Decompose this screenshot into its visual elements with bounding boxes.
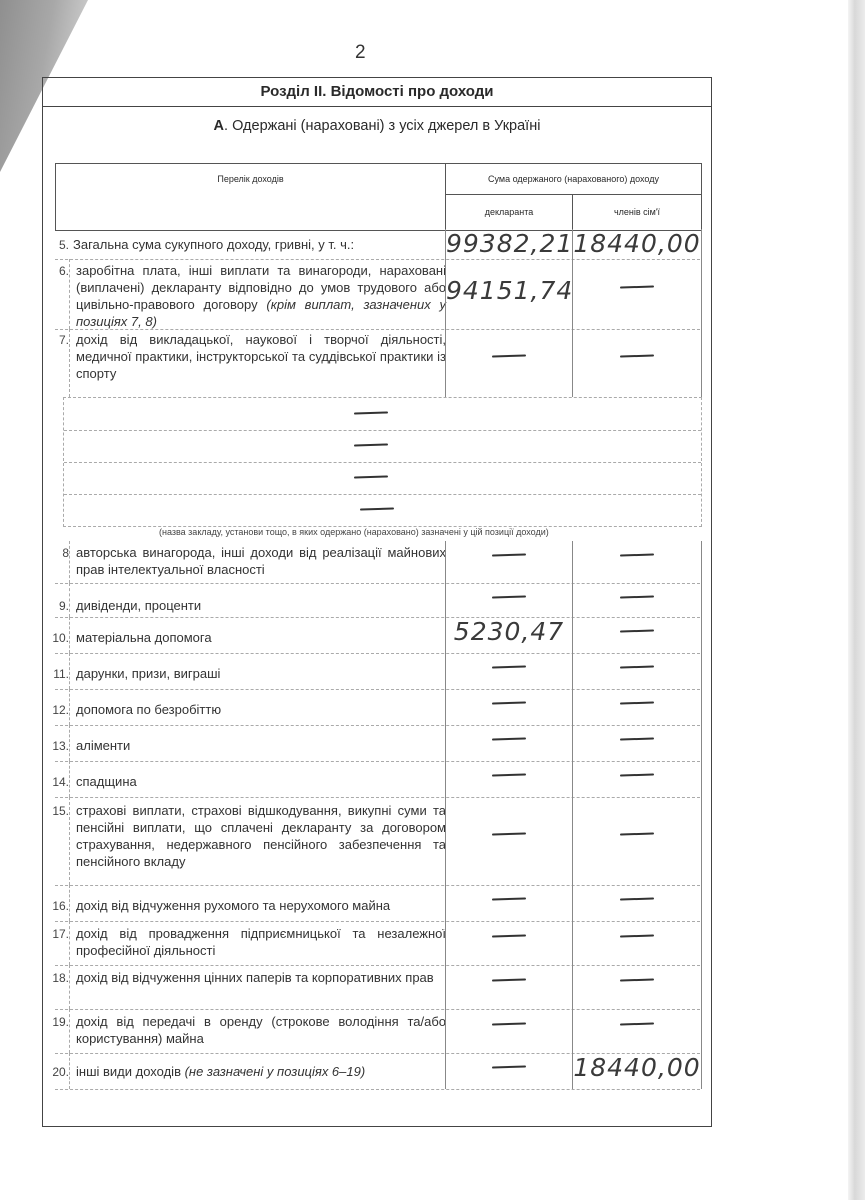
family-income-cell [572,541,702,583]
row-label-text: інші види доходів [76,1064,185,1079]
institution-line [64,494,701,495]
family-income-cell: 18440,00 [572,1053,702,1089]
header-income-sum: Сума одержаного (нарахованого) доходу [446,164,701,195]
income-row: 17.дохід від провадження підприємницької… [55,921,700,966]
institution-entry-dash [354,475,388,478]
handwritten-dash [620,737,654,740]
income-row: 20.інші види доходів (не зазначені у поз… [55,1053,700,1090]
handwritten-amount: 18440,00 [573,1053,701,1082]
row-number: 12. [49,703,69,717]
handwritten-dash [492,737,526,740]
handwritten-dash [492,1022,526,1025]
family-income-cell [572,689,702,725]
institutions-box [63,397,702,527]
declarant-income-cell [445,541,572,583]
row-label: дарунки, призи, виграші [69,653,446,689]
institution-entry-dash [354,411,388,414]
handwritten-dash [620,978,654,981]
declarant-income-cell [445,725,572,761]
page-number: 2 [355,42,366,64]
row-label-text: Загальна сума сукупного доходу, гривні, … [73,237,354,252]
declarant-income-cell: 99382,21 [445,229,572,259]
income-row: 16.дохід від відчуження рухомого та неру… [55,885,700,922]
row-label: матеріальна допомога [69,617,446,653]
row-number: 19. [49,1015,69,1029]
row-label-text: дохід від відчуження цінних паперів та к… [76,970,434,985]
handwritten-dash [492,354,526,357]
declarant-income-cell [445,885,572,921]
row-number: 17. [49,927,69,941]
section-title: Розділ ІІ. Відомості про доходи [43,78,711,107]
row-label: дивіденди, проценти [69,583,446,617]
row-label: інші види доходів (не зазначені у позиці… [69,1053,446,1089]
row-label-text: дохід від відчуження рухомого та нерухом… [76,898,390,913]
row-label: дохід від провадження підприємницької та… [69,921,446,965]
header-income-list: Перелік доходів [56,164,446,230]
row-label-text: страхові виплати, страхові відшкодування… [76,803,446,869]
institution-entry-dash [360,507,394,510]
handwritten-dash [492,978,526,981]
handwritten-dash [620,285,654,288]
subsection-letter: А [214,118,224,134]
row-number: 6. [49,264,69,278]
row-label: заробітна плата, інші виплати та винагор… [69,259,446,329]
declarant-income-cell [445,921,572,965]
handwritten-dash [492,897,526,900]
row-number: 15. [49,804,69,818]
handwritten-dash [492,701,526,704]
handwritten-dash [492,934,526,937]
row-number: 10. [49,631,69,645]
row-number: 14. [49,775,69,789]
institution-entry-dash [354,443,388,446]
row-label-text: дивіденди, проценти [76,598,201,613]
income-section-box: Розділ ІІ. Відомості про доходи А. Одерж… [42,77,712,1127]
income-row: 19.дохід від передачі в оренду (строкове… [55,1009,700,1054]
declarant-income-cell [445,1053,572,1089]
row-label-text: дарунки, призи, виграші [76,666,220,681]
table-header: Перелік доходів Сума одержаного (нарахов… [55,163,702,231]
income-row: 12.допомога по безробіттю [55,689,700,726]
handwritten-amount: 99382,21 [446,229,572,258]
handwritten-dash [492,595,526,598]
declarant-income-cell [445,583,572,617]
handwritten-dash [492,553,526,556]
family-income-cell [572,583,702,617]
income-row: 9.дивіденди, проценти [55,583,700,618]
family-income-cell: 18440,00 [572,229,702,259]
row-label: дохід від передачі в оренду (строкове во… [69,1009,446,1053]
handwritten-dash [492,1065,526,1068]
income-row: 5.Загальна сума сукупного доходу, гривні… [55,229,700,260]
row-label: Загальна сума сукупного доходу, гривні, … [73,236,443,253]
family-income-cell [572,725,702,761]
row-number: 20. [49,1065,69,1079]
handwritten-dash [620,773,654,776]
scan-edge-shadow [848,0,865,1200]
row-number: 13. [49,739,69,753]
declarant-income-cell [445,653,572,689]
handwritten-dash [620,897,654,900]
declarant-income-cell [445,329,572,397]
row-label: аліменти [69,725,446,761]
family-income-cell [572,761,702,797]
row-label-text: допомога по безробіттю [76,702,221,717]
row-label-text: матеріальна допомога [76,630,212,645]
handwritten-dash [620,701,654,704]
header-declarant: декларанта [446,195,573,230]
income-row: 10.матеріальна допомога5230,47 [55,617,700,654]
income-row: 11.дарунки, призи, виграші [55,653,700,690]
family-income-cell [572,965,702,1009]
family-income-cell [572,885,702,921]
row-label-text: аліменти [76,738,130,753]
family-income-cell [572,797,702,885]
income-row: 18.дохід від відчуження цінних паперів т… [55,965,700,1010]
handwritten-amount: 5230,47 [446,617,572,646]
subsection-title: А. Одержані (нараховані) з усіх джерел в… [43,118,711,134]
row-label-note: (не зазначені у позиціях 6–19) [185,1064,366,1079]
family-income-cell [572,921,702,965]
declarant-income-cell [445,761,572,797]
row-label-text: дохід від викладацької, наукової і творч… [76,332,446,381]
row-label: дохід від викладацької, наукової і творч… [69,329,446,397]
family-income-cell [572,1009,702,1053]
institutions-caption: (назва закладу, установи тощо, в яких од… [159,527,549,537]
handwritten-dash [492,665,526,668]
handwritten-dash [620,595,654,598]
row-number: 11. [49,667,69,681]
family-income-cell [572,329,702,397]
row-label-text: спадщина [76,774,137,789]
income-row: 15.страхові виплати, страхові відшкодува… [55,797,700,886]
handwritten-dash [492,832,526,835]
handwritten-dash [620,1022,654,1025]
handwritten-dash [620,832,654,835]
income-row: 7.дохід від викладацької, наукової і тво… [55,329,700,397]
handwritten-dash [620,553,654,556]
income-row: 14.спадщина [55,761,700,798]
income-row: 8авторська винагорода, інші доходи від р… [55,541,700,584]
header-family: членів сім'ї [573,195,701,230]
handwritten-dash [620,629,654,632]
family-income-cell [572,617,702,653]
handwritten-dash [620,665,654,668]
handwritten-amount: 18440,00 [573,229,701,258]
declarant-income-cell [445,1009,572,1053]
income-row: 13.аліменти [55,725,700,762]
handwritten-dash [620,934,654,937]
declarant-income-cell [445,797,572,885]
declarant-income-cell [445,689,572,725]
declarant-income-cell: 5230,47 [445,617,572,653]
row-number: 16. [49,899,69,913]
subsection-text: . Одержані (нараховані) з усіх джерел в … [224,118,540,134]
declarant-income-cell [445,965,572,1009]
family-income-cell [572,653,702,689]
income-row: 6.заробітна плата, інші виплати та винаг… [55,259,700,330]
row-label-text: дохід від провадження підприємницької та… [76,926,446,958]
row-label: спадщина [69,761,446,797]
row-number: 5. [49,238,69,252]
row-label: авторська винагорода, інші доходи від ре… [69,541,446,583]
row-label: дохід від відчуження рухомого та нерухом… [69,885,446,921]
row-label: дохід від відчуження цінних паперів та к… [69,965,446,1009]
row-label-text: авторська винагорода, інші доходи від ре… [76,545,446,577]
row-number: 7. [49,333,69,347]
handwritten-dash [620,354,654,357]
row-label: страхові виплати, страхові відшкодування… [69,797,446,885]
row-number: 9. [49,599,69,613]
institution-line [64,462,701,463]
row-number: 8 [49,546,69,560]
declarant-income-cell: 94151,74 [445,259,572,329]
institution-line [64,430,701,431]
handwritten-amount: 94151,74 [446,259,572,305]
row-label: допомога по безробіттю [69,689,446,725]
row-number: 18. [49,971,69,985]
handwritten-dash [492,773,526,776]
row-label-text: дохід від передачі в оренду (строкове во… [76,1014,446,1046]
family-income-cell [572,259,702,329]
